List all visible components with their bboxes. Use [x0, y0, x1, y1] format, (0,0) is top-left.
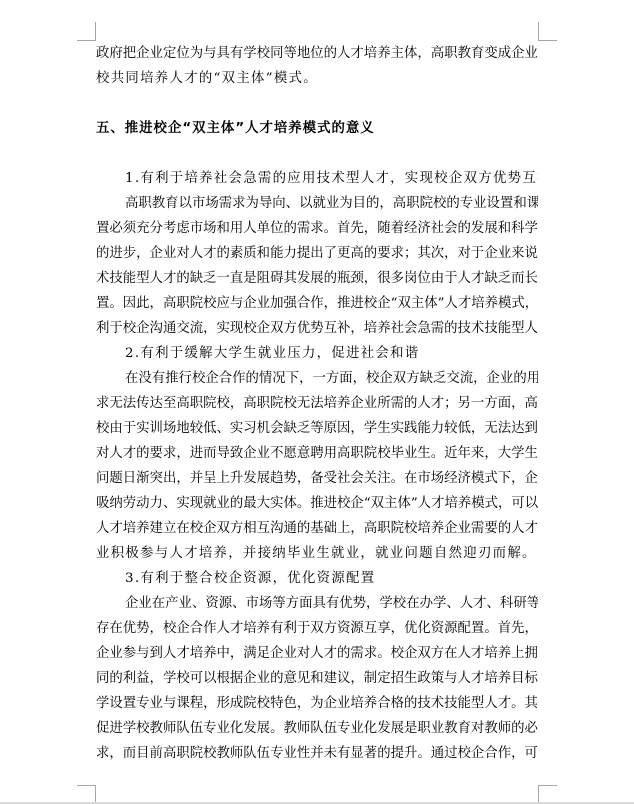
paragraph-line: 利于校企沟通交流，实现校企双方优势互补，培养社会急需的技术技能型人才。 [96, 316, 538, 341]
top-left-margin-mark [77, 22, 96, 41]
paragraph-line: 促进学校教师队伍专业化发展。教师队伍专业化发展是职业教育对教师的必然要 [96, 716, 538, 741]
subsection-title: 1.有利于培养社会急需的应用技术型人才，实现校企双方优势互补 [96, 166, 538, 191]
paragraph-line: 高职教育以市场需求为导向、以就业为目的，高职院校的专业设置和课程设 [96, 191, 538, 216]
paragraph-line: 置。因此，高职院校应与企业加强合作，推进校企“双主体”人才培养模式，以 [96, 291, 538, 316]
paragraph-line: 业积极参与人才培养，并接纳毕业生就业，就业问题自然迎刃而解。 [96, 541, 538, 566]
paragraph-line: 企业参与到人才培养中，满足企业对人才的需求。校企双方在人才培养上拥有共 [96, 641, 538, 666]
paragraph-line: 对人才的要求，进而导致企业不愿意聘用高职院校毕业生。近年来，大学生就业 [96, 441, 538, 466]
section-heading: 五、推进校企“双主体”人才培养模式的意义 [96, 116, 538, 141]
paragraph-line: 术技能型人才的缺乏一直是阻碍其发展的瓶颈，很多岗位由于人才缺乏而长期闲 [96, 266, 538, 291]
paragraph-line: 校共同培养人才的“双主体”模式。 [96, 66, 538, 91]
paragraph-line: 政府把企业定位为与具有学校同等地位的人才培养主体，高职教育变成企业与学 [96, 41, 538, 66]
paragraph-line: 在没有推行校企合作的情况下，一方面，校企双方缺乏交流，企业的用人需 [96, 366, 538, 391]
subsection-title: 3.有利于整合校企资源，优化资源配置 [96, 566, 538, 591]
paragraph-line: 存在优势，校企合作人才培养有利于双方资源互享，优化资源配置。首先，促使 [96, 616, 538, 641]
paragraph-line: 吸纳劳动力、实现就业的最大实体。推进校企“双主体”人才培养模式，可以把 [96, 491, 538, 516]
paragraph-line: 同的利益，学校可以根据企业的意见和建议，制定招生政策与人才培养目标，科 [96, 666, 538, 691]
paragraph-line: 学设置专业与课程，形成院校特色，为企业培养合格的技术技能型人才。其次， [96, 691, 538, 716]
paragraph-line: 问题日渐突出，并呈上升发展趋势，备受社会关注。在市场经济模式下，企业是 [96, 466, 538, 491]
paragraph-line: 的进步，企业对人才的素质和能力提出了更高的要求；其次，对于企业来说，技 [96, 241, 538, 266]
document-body[interactable]: 政府把企业定位为与具有学校同等地位的人才培养主体，高职教育变成企业与学 校共同培… [96, 41, 538, 766]
paragraph-line: 置必须充分考虑市场和用人单位的需求。首先，随着经济社会的发展和科学技术 [96, 216, 538, 241]
paragraph-line: 人才培养建立在校企双方相互沟通的基础上，高职院校培养企业需要的人才，企 [96, 516, 538, 541]
top-right-margin-mark [538, 22, 557, 41]
document-page: 政府把企业定位为与具有学校同等地位的人才培养主体，高职教育变成企业与学 校共同培… [0, 0, 634, 802]
paragraph-line: 校由于实训场地较低、实习机会缺乏等原因，学生实践能力较低，无法达到企业 [96, 416, 538, 441]
paragraph-line: 求，而目前高职院校教师队伍专业性并未有显著的提升。通过校企合作，可以让 [96, 741, 538, 766]
paragraph-line: 企业在产业、资源、市场等方面具有优势，学校在办学、人才、科研等方面 [96, 591, 538, 616]
paragraph-line: 求无法传达至高职院校，高职院校无法培养企业所需的人才；另一方面，高职院 [96, 391, 538, 416]
subsection-title: 2.有利于缓解大学生就业压力，促进社会和谐 [96, 341, 538, 366]
